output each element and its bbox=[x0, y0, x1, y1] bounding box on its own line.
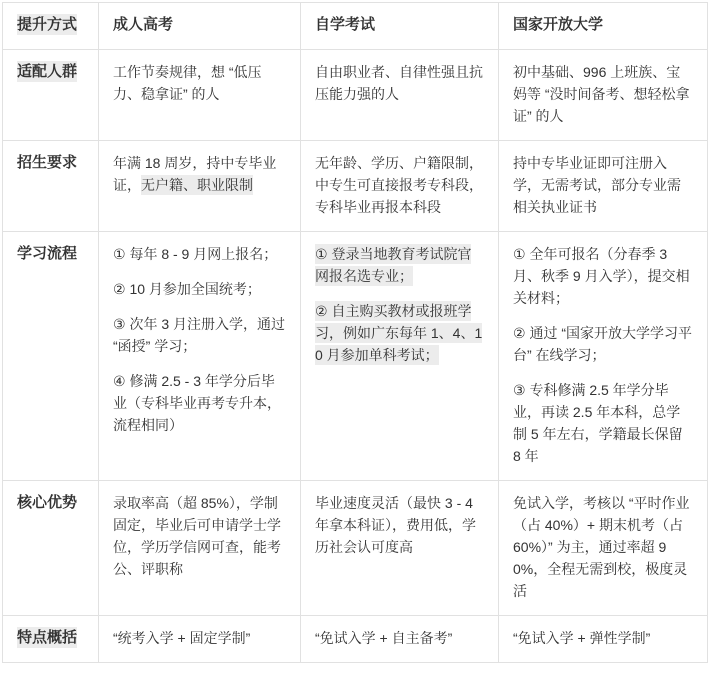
highlighted-text: 提升方式 bbox=[17, 14, 77, 35]
highlighted-text: ② 自主购买教材或报班学习，例如广东每年 1、4、10 月参加单科考试； bbox=[315, 301, 482, 365]
cell-paragraph: ③ 专科修满 2.5 年学分毕业，再读 2.5 年本科，总学制 5 年左右，学籍… bbox=[513, 379, 693, 467]
comparison-table: 提升方式 成人高考 自学考试 国家开放大学 适配人群工作节奏规律，想 “低压力、… bbox=[2, 2, 708, 663]
table-row: 特点概括“统考入学 + 固定学制”“免试入学 + 自主备考”“免试入学 + 弹性… bbox=[3, 616, 708, 663]
cell-paragraph: 毕业速度灵活（最快 3 - 4 年拿本科证），费用低，学历社会认可度高 bbox=[315, 492, 484, 558]
cell-paragraph: 录取率高（超 85%），学制固定，毕业后可申请学士学位，学历学信网可查，能考公、… bbox=[113, 492, 286, 580]
header-row: 提升方式 成人高考 自学考试 国家开放大学 bbox=[3, 3, 708, 50]
cell-paragraph: 初中基础、996 上班族、宝妈等 “没时间备考、想轻松拿证” 的人 bbox=[513, 61, 693, 127]
cell-paragraph: ② 自主购买教材或报班学习，例如广东每年 1、4、10 月参加单科考试； bbox=[315, 300, 484, 366]
row-label: 适配人群 bbox=[3, 50, 99, 141]
highlighted-text: 无户籍、职业限制 bbox=[141, 175, 253, 195]
table-cell: ① 全年可报名（分春季 3 月、秋季 9 月入学），提交相关材料；② 通过 “国… bbox=[499, 232, 708, 481]
cell-paragraph: ③ 次年 3 月注册入学，通过 “函授” 学习； bbox=[113, 313, 286, 357]
table-cell: 免试入学，考核以 “平时作业（占 40%）+ 期末机考（占 60%）” 为主，通… bbox=[499, 481, 708, 616]
col-header-self-study-exam: 自学考试 bbox=[301, 3, 499, 50]
table-header: 提升方式 成人高考 自学考试 国家开放大学 bbox=[3, 3, 708, 50]
row-label: 招生要求 bbox=[3, 141, 99, 232]
table-row: 适配人群工作节奏规律，想 “低压力、稳拿证” 的人自由职业者、自律性强且抗压能力… bbox=[3, 50, 708, 141]
table-cell: 无年龄、学历、户籍限制，中专生可直接报考专科段，专科毕业再报本科段 bbox=[301, 141, 499, 232]
cell-paragraph: ① 每年 8 - 9 月网上报名； bbox=[113, 243, 286, 265]
cell-paragraph: 自由职业者、自律性强且抗压能力强的人 bbox=[315, 61, 484, 105]
table-cell: “统考入学 + 固定学制” bbox=[99, 616, 301, 663]
cell-paragraph: ① 全年可报名（分春季 3 月、秋季 9 月入学），提交相关材料； bbox=[513, 243, 693, 309]
cell-paragraph: 无年龄、学历、户籍限制，中专生可直接报考专科段，专科毕业再报本科段 bbox=[315, 152, 484, 218]
row-label: 核心优势 bbox=[3, 481, 99, 616]
cell-paragraph: “统考入学 + 固定学制” bbox=[113, 627, 286, 649]
table-cell: 工作节奏规律，想 “低压力、稳拿证” 的人 bbox=[99, 50, 301, 141]
table-cell: 录取率高（超 85%），学制固定，毕业后可申请学士学位，学历学信网可查，能考公、… bbox=[99, 481, 301, 616]
table-row: 学习流程① 每年 8 - 9 月网上报名；② 10 月参加全国统考；③ 次年 3… bbox=[3, 232, 708, 481]
highlighted-text: 适配人群 bbox=[17, 61, 77, 82]
table-cell: “免试入学 + 弹性学制” bbox=[499, 616, 708, 663]
highlighted-text: ① 登录当地教育考试院官网报名选专业； bbox=[315, 244, 471, 286]
col-header-open-university: 国家开放大学 bbox=[499, 3, 708, 50]
table-cell: 自由职业者、自律性强且抗压能力强的人 bbox=[301, 50, 499, 141]
cell-paragraph: 持中专毕业证即可注册入学，无需考试，部分专业需相关执业证书 bbox=[513, 152, 693, 218]
cell-paragraph: ② 通过 “国家开放大学学习平台” 在线学习； bbox=[513, 322, 693, 366]
highlighted-text: 特点概括 bbox=[17, 627, 77, 648]
cell-paragraph: ② 10 月参加全国统考； bbox=[113, 278, 286, 300]
table-cell: ① 登录当地教育考试院官网报名选专业；② 自主购买教材或报班学习，例如广东每年 … bbox=[301, 232, 499, 481]
table-body: 适配人群工作节奏规律，想 “低压力、稳拿证” 的人自由职业者、自律性强且抗压能力… bbox=[3, 50, 708, 663]
col-header-method: 提升方式 bbox=[3, 3, 99, 50]
table-row: 核心优势录取率高（超 85%），学制固定，毕业后可申请学士学位，学历学信网可查，… bbox=[3, 481, 708, 616]
cell-paragraph: 年满 18 周岁，持中专毕业证，无户籍、职业限制 bbox=[113, 152, 286, 196]
cell-paragraph: ④ 修满 2.5 - 3 年学分后毕业（专科毕业再考专升本，流程相同） bbox=[113, 370, 286, 436]
table-cell: 初中基础、996 上班族、宝妈等 “没时间备考、想轻松拿证” 的人 bbox=[499, 50, 708, 141]
row-label: 特点概括 bbox=[3, 616, 99, 663]
cell-paragraph: 免试入学，考核以 “平时作业（占 40%）+ 期末机考（占 60%）” 为主，通… bbox=[513, 492, 693, 602]
table-cell: 年满 18 周岁，持中专毕业证，无户籍、职业限制 bbox=[99, 141, 301, 232]
table-cell: 持中专毕业证即可注册入学，无需考试，部分专业需相关执业证书 bbox=[499, 141, 708, 232]
table-cell: 毕业速度灵活（最快 3 - 4 年拿本科证），费用低，学历社会认可度高 bbox=[301, 481, 499, 616]
col-header-adult-gaokao: 成人高考 bbox=[99, 3, 301, 50]
table-row: 招生要求年满 18 周岁，持中专毕业证，无户籍、职业限制无年龄、学历、户籍限制，… bbox=[3, 141, 708, 232]
table-cell: “免试入学 + 自主备考” bbox=[301, 616, 499, 663]
cell-paragraph: “免试入学 + 弹性学制” bbox=[513, 627, 693, 649]
cell-paragraph: 工作节奏规律，想 “低压力、稳拿证” 的人 bbox=[113, 61, 286, 105]
cell-paragraph: ① 登录当地教育考试院官网报名选专业； bbox=[315, 243, 484, 287]
table-cell: ① 每年 8 - 9 月网上报名；② 10 月参加全国统考；③ 次年 3 月注册… bbox=[99, 232, 301, 481]
cell-paragraph: “免试入学 + 自主备考” bbox=[315, 627, 484, 649]
row-label: 学习流程 bbox=[3, 232, 99, 481]
